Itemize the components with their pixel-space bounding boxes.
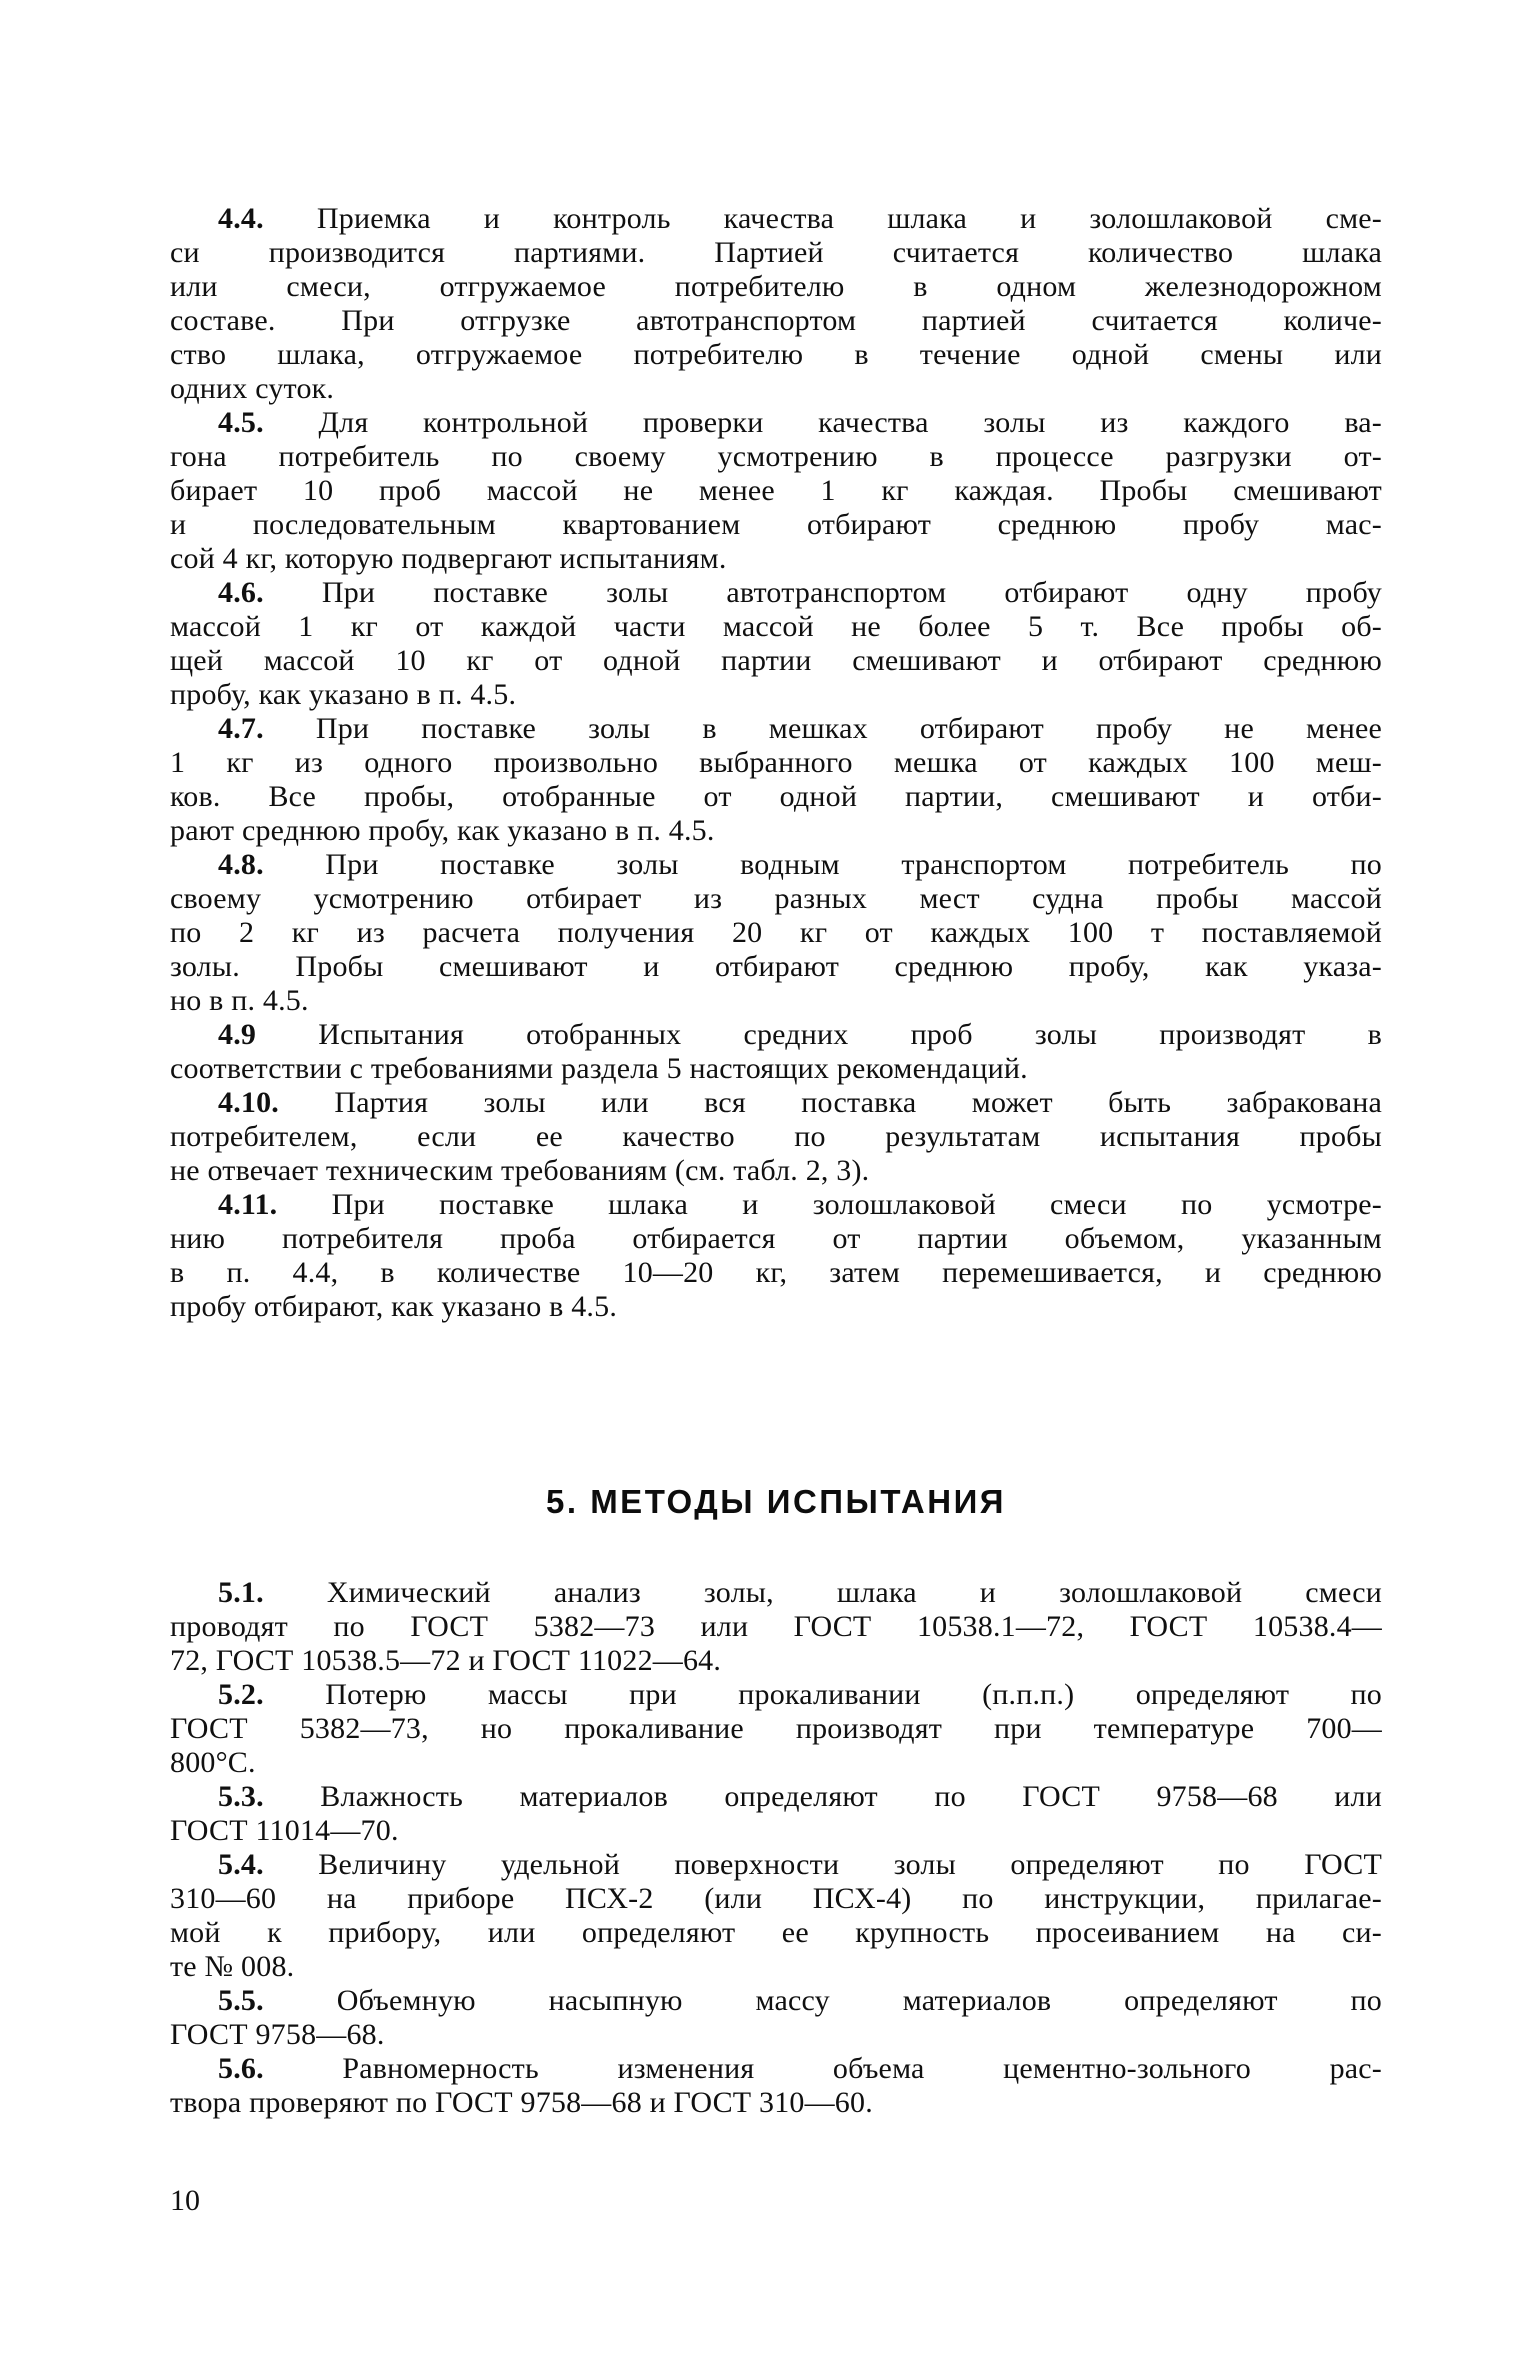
- text-line: 1 кг из одного произвольно выбранного ме…: [170, 746, 1382, 780]
- text-line: твора проверяют по ГОСТ 9758—68 и ГОСТ 3…: [170, 2086, 1382, 2120]
- paragraph-number: 5.1.: [218, 1576, 264, 1609]
- text-line: 800°С.: [170, 1746, 1382, 1780]
- text-line: ГОСТ 5382—73, но прокаливание производят…: [170, 1712, 1382, 1746]
- text-line: 5.2. Потерю массы при прокаливании (п.п.…: [170, 1678, 1382, 1712]
- paragraph-4-4: 4.4. Приемка и контроль качества шлака и…: [170, 202, 1382, 406]
- paragraph-4-9: 4.9 Испытания отобранных средних проб зо…: [170, 1018, 1382, 1086]
- text-line: 4.10. Партия золы или вся поставка может…: [170, 1086, 1382, 1120]
- paragraph-number: 4.4.: [218, 202, 264, 235]
- text-line: составе. При отгрузке автотранспортом па…: [170, 304, 1382, 338]
- paragraph-number: 4.8.: [218, 848, 264, 881]
- text-line: 5.4. Величину удельной поверхности золы …: [170, 1848, 1382, 1882]
- section-heading: 5. МЕТОДЫ ИСПЫТАНИЯ: [170, 1482, 1382, 1522]
- text-line: 4.9 Испытания отобранных средних проб зо…: [170, 1018, 1382, 1052]
- paragraph-5-2: 5.2. Потерю массы при прокаливании (п.п.…: [170, 1678, 1382, 1780]
- text-line: 4.8. При поставке золы водным транспорто…: [170, 848, 1382, 882]
- text-line: 310—60 на приборе ПСХ-2 (или ПСХ-4) по и…: [170, 1882, 1382, 1916]
- text-line: золы. Пробы смешивают и отбирают среднюю…: [170, 950, 1382, 984]
- text-line: 4.4. Приемка и контроль качества шлака и…: [170, 202, 1382, 236]
- text-line: 5.3. Влажность материалов определяют по …: [170, 1780, 1382, 1814]
- paragraph-4-6: 4.6. При поставке золы автотранспортом о…: [170, 576, 1382, 712]
- text-line: 4.11. При поставке шлака и золошлаковой …: [170, 1188, 1382, 1222]
- text-line: 4.6. При поставке золы автотранспортом о…: [170, 576, 1382, 610]
- paragraph-5-3: 5.3. Влажность материалов определяют по …: [170, 1780, 1382, 1848]
- paragraph-number: 5.5.: [218, 1984, 264, 2017]
- text-line: ГОСТ 11014—70.: [170, 1814, 1382, 1848]
- text-line: 5.5. Объемную насыпную массу материалов …: [170, 1984, 1382, 2018]
- text-line: 4.5. Для контрольной проверки качества з…: [170, 406, 1382, 440]
- document-page: 4.4. Приемка и контроль качества шлака и…: [0, 0, 1535, 2362]
- paragraph-number: 4.6.: [218, 576, 264, 609]
- text-line: рают среднюю пробу, как указано в п. 4.5…: [170, 814, 1382, 848]
- paragraph-4-5: 4.5. Для контрольной проверки качества з…: [170, 406, 1382, 576]
- text-line: те № 008.: [170, 1950, 1382, 1984]
- text-line: но в п. 4.5.: [170, 984, 1382, 1018]
- paragraph-4-11: 4.11. При поставке шлака и золошлаковой …: [170, 1188, 1382, 1324]
- paragraph-number: 4.10.: [218, 1086, 279, 1119]
- text-line: сой 4 кг, которую подвергают испытаниям.: [170, 542, 1382, 576]
- text-line: щей массой 10 кг от одной партии смешива…: [170, 644, 1382, 678]
- text-line: 72, ГОСТ 10538.5—72 и ГОСТ 11022—64.: [170, 1644, 1382, 1678]
- text-line: или смеси, отгружаемое потребителю в одн…: [170, 270, 1382, 304]
- text-line: потребителем, если ее качество по резуль…: [170, 1120, 1382, 1154]
- section4-paragraphs: 4.4. Приемка и контроль качества шлака и…: [170, 202, 1382, 1324]
- text-line: в п. 4.4, в количестве 10—20 кг, затем п…: [170, 1256, 1382, 1290]
- text-line: мой к прибору, или определяют ее крупнос…: [170, 1916, 1382, 1950]
- paragraph-number: 4.9: [218, 1018, 256, 1051]
- paragraph-4-8: 4.8. При поставке золы водным транспорто…: [170, 848, 1382, 1018]
- paragraph-number: 4.7.: [218, 712, 264, 745]
- text-line: си производится партиями. Партией считае…: [170, 236, 1382, 270]
- text-line: не отвечает техническим требованиям (см.…: [170, 1154, 1382, 1188]
- text-line: ков. Все пробы, отобранные от одной парт…: [170, 780, 1382, 814]
- text-line: нию потребителя проба отбирается от парт…: [170, 1222, 1382, 1256]
- paragraph-4-10: 4.10. Партия золы или вся поставка может…: [170, 1086, 1382, 1188]
- text-line: ГОСТ 9758—68.: [170, 2018, 1382, 2052]
- paragraph-number: 4.11.: [218, 1188, 277, 1221]
- text-line: 4.7. При поставке золы в мешках отбирают…: [170, 712, 1382, 746]
- paragraph-5-1: 5.1. Химический анализ золы, шлака и зол…: [170, 1576, 1382, 1678]
- paragraph-number: 4.5.: [218, 406, 264, 439]
- paragraph-number: 5.6.: [218, 2052, 264, 2085]
- page-number: 10: [170, 2184, 1382, 2218]
- paragraph-number: 5.4.: [218, 1848, 264, 1881]
- text-line: 5.1. Химический анализ золы, шлака и зол…: [170, 1576, 1382, 1610]
- text-line: гона потребитель по своему усмотрению в …: [170, 440, 1382, 474]
- text-line: бирает 10 проб массой не менее 1 кг кажд…: [170, 474, 1382, 508]
- text-line: проводят по ГОСТ 5382—73 или ГОСТ 10538.…: [170, 1610, 1382, 1644]
- text-line: по 2 кг из расчета получения 20 кг от ка…: [170, 916, 1382, 950]
- paragraph-5-5: 5.5. Объемную насыпную массу материалов …: [170, 1984, 1382, 2052]
- text-line: массой 1 кг от каждой части массой не бо…: [170, 610, 1382, 644]
- section5-paragraphs: 5.1. Химический анализ золы, шлака и зол…: [170, 1576, 1382, 2120]
- paragraph-number: 5.3.: [218, 1780, 264, 1813]
- text-line: 5.6. Равномерность изменения объема цеме…: [170, 2052, 1382, 2086]
- text-line: и последовательным квартованием отбирают…: [170, 508, 1382, 542]
- paragraph-5-6: 5.6. Равномерность изменения объема цеме…: [170, 2052, 1382, 2120]
- text-line: своему усмотрению отбирает из разных мес…: [170, 882, 1382, 916]
- text-line: пробу, как указано в п. 4.5.: [170, 678, 1382, 712]
- text-line: ство шлака, отгружаемое потребителю в те…: [170, 338, 1382, 372]
- paragraph-number: 5.2.: [218, 1678, 264, 1711]
- text-line: одних суток.: [170, 372, 1382, 406]
- text-line: пробу отбирают, как указано в 4.5.: [170, 1290, 1382, 1324]
- paragraph-4-7: 4.7. При поставке золы в мешках отбирают…: [170, 712, 1382, 848]
- text-line: соответствии с требованиями раздела 5 на…: [170, 1052, 1382, 1086]
- paragraph-5-4: 5.4. Величину удельной поверхности золы …: [170, 1848, 1382, 1984]
